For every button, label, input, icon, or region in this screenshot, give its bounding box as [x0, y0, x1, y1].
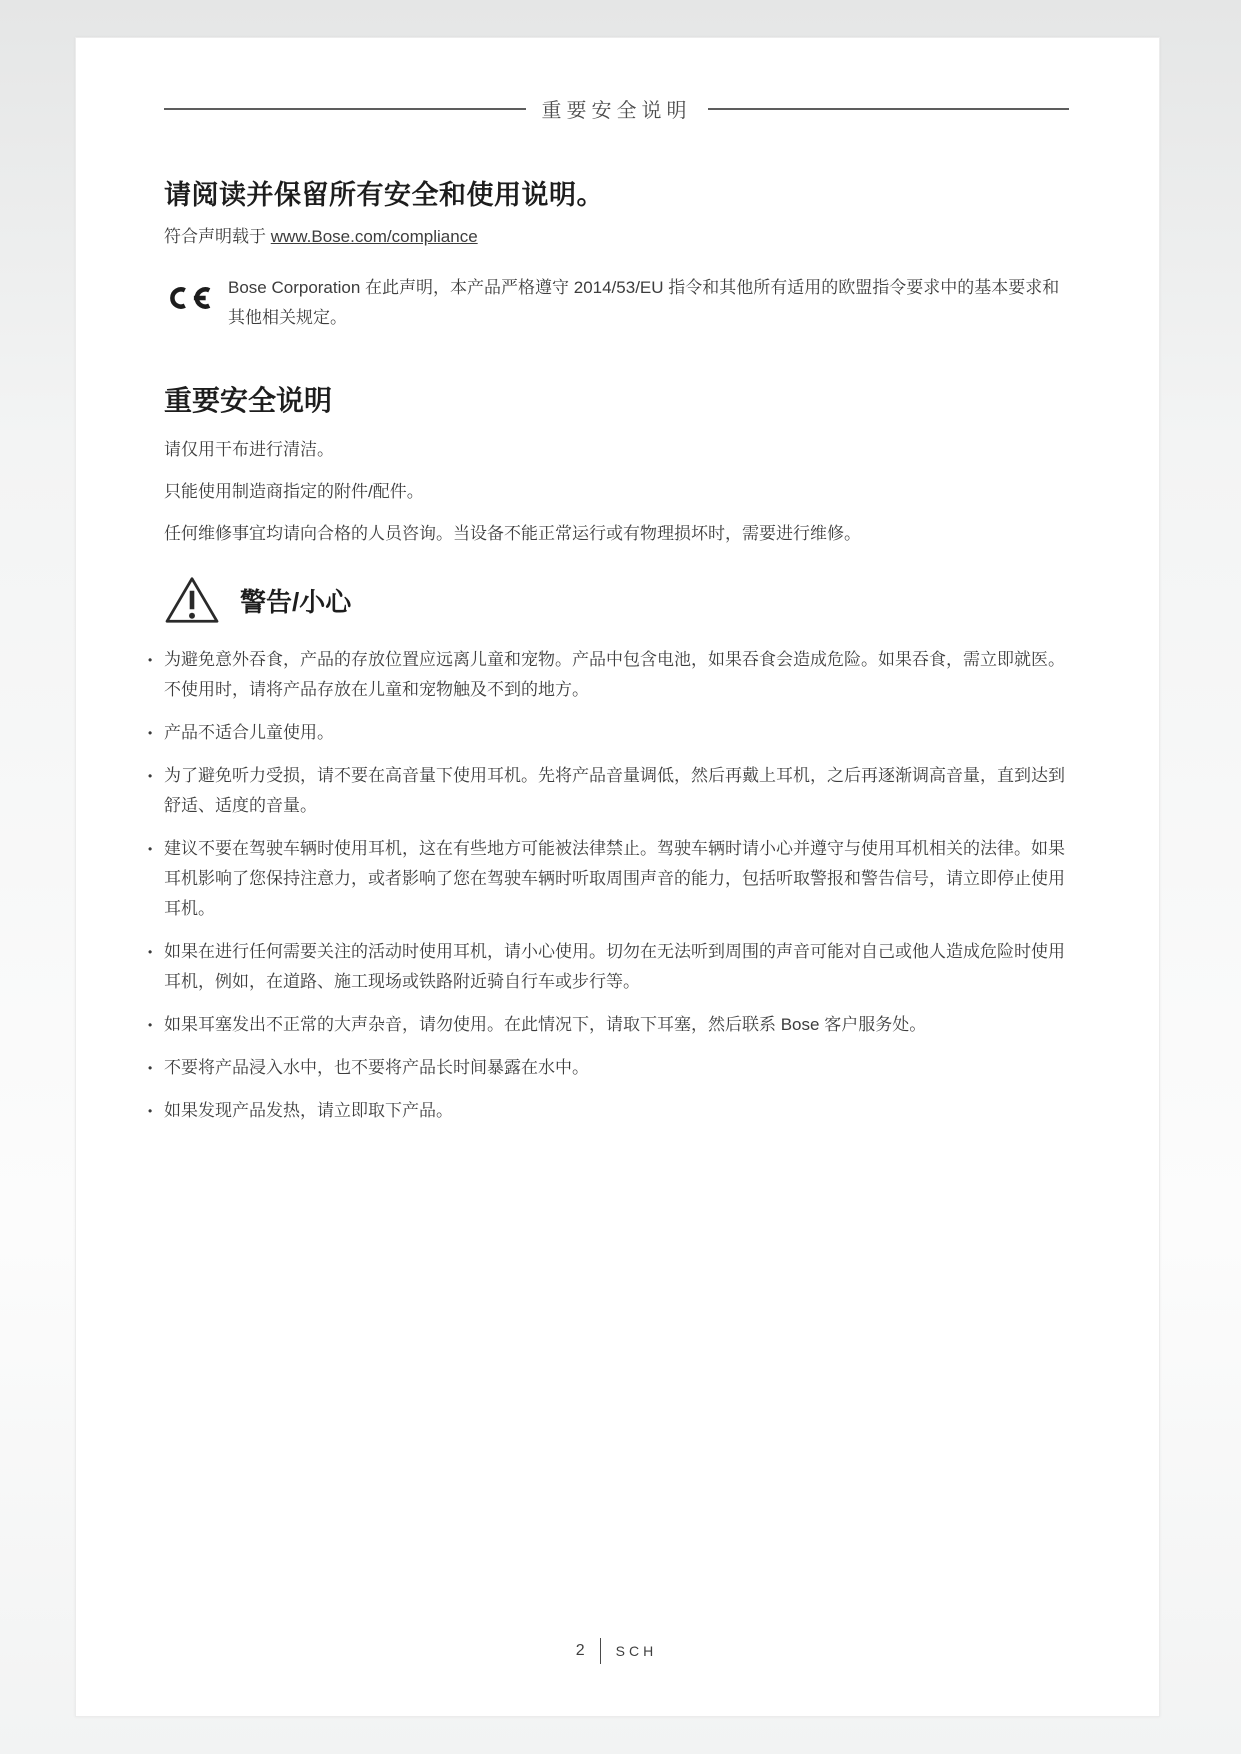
document-page: 重要安全说明 请阅读并保留所有安全和使用说明。 符合声明载于 www.Bose.… — [75, 37, 1160, 1717]
running-header: 重要安全说明 — [164, 94, 1069, 123]
warning-heading: 警告/小心 — [240, 582, 351, 619]
compliance-line: 符合声明载于 www.Bose.com/compliance — [164, 222, 1069, 247]
warning-header: 警告/小心 — [164, 575, 1069, 625]
safety-instruction: 请仅用干布进行清洁。 — [164, 435, 1069, 465]
bullet-dot: • — [146, 645, 164, 705]
warning-list: • 为避免意外吞食，产品的存放位置应远离儿童和宠物。产品中包含电池，如果吞食会造… — [164, 645, 1069, 1139]
warning-item-text: 如果发现产品发热，请立即取下产品。 — [164, 1096, 1069, 1126]
page-title: 请阅读并保留所有安全和使用说明。 — [164, 173, 1069, 212]
warning-item: • 建议不要在驾驶车辆时使用耳机，这在有些地方可能被法律禁止。驾驶车辆时请小心并… — [146, 834, 1069, 924]
bullet-dot: • — [146, 761, 164, 821]
warning-item-text: 产品不适合儿童使用。 — [164, 718, 1069, 748]
footer-divider — [600, 1638, 601, 1664]
header-rule-left — [164, 108, 526, 110]
warning-item-text: 为了避免听力受损，请不要在高音量下使用耳机。先将产品音量调低，然后再戴上耳机，之… — [164, 761, 1069, 821]
warning-item-text: 不要将产品浸入水中，也不要将产品长时间暴露在水中。 — [164, 1053, 1069, 1083]
warning-item: • 如果耳塞发出不正常的大声杂音，请勿使用。在此情况下，请取下耳塞，然后联系 B… — [146, 1010, 1069, 1040]
running-header-title: 重要安全说明 — [542, 94, 692, 123]
warning-item-text: 如果耳塞发出不正常的大声杂音，请勿使用。在此情况下，请取下耳塞，然后联系 Bos… — [164, 1010, 1069, 1040]
safety-instruction: 任何维修事宜均请向合格的人员咨询。当设备不能正常运行或有物理损坏时，需要进行维修… — [164, 519, 1069, 549]
bullet-dot: • — [146, 1010, 164, 1040]
page-footer: 2 SCH — [164, 1638, 1069, 1664]
bullet-dot: • — [146, 1096, 164, 1126]
header-rule-right — [708, 108, 1070, 110]
warning-item-text: 为避免意外吞食，产品的存放位置应远离儿童和宠物。产品中包含电池，如果吞食会造成危… — [164, 645, 1069, 705]
warning-item-text: 建议不要在驾驶车辆时使用耳机，这在有些地方可能被法律禁止。驾驶车辆时请小心并遵守… — [164, 834, 1069, 924]
page-number: 2 — [576, 1642, 585, 1660]
warning-item: • 不要将产品浸入水中，也不要将产品长时间暴露在水中。 — [146, 1053, 1069, 1083]
compliance-link[interactable]: www.Bose.com/compliance — [271, 227, 478, 246]
warning-item-text: 如果在进行任何需要关注的活动时使用耳机，请小心使用。切勿在无法听到周围的声音可能… — [164, 937, 1069, 997]
ce-declaration: Bose Corporation 在此声明，本产品严格遵守 2014/53/EU… — [164, 273, 1069, 333]
warning-item: • 如果在进行任何需要关注的活动时使用耳机，请小心使用。切勿在无法听到周围的声音… — [146, 937, 1069, 997]
warning-item: • 产品不适合儿童使用。 — [146, 718, 1069, 748]
warning-item: • 为了避免听力受损，请不要在高音量下使用耳机。先将产品音量调低，然后再戴上耳机… — [146, 761, 1069, 821]
safety-instruction: 只能使用制造商指定的附件/配件。 — [164, 477, 1069, 507]
ce-statement: Bose Corporation 在此声明，本产品严格遵守 2014/53/EU… — [228, 273, 1069, 333]
ce-mark-icon — [164, 277, 212, 319]
section-heading: 重要安全说明 — [164, 379, 1069, 419]
warning-triangle-icon — [164, 575, 220, 625]
language-code: SCH — [616, 1643, 658, 1659]
bullet-dot: • — [146, 834, 164, 924]
warning-item: • 为避免意外吞食，产品的存放位置应远离儿童和宠物。产品中包含电池，如果吞食会造… — [146, 645, 1069, 705]
bullet-dot: • — [146, 1053, 164, 1083]
warning-item: • 如果发现产品发热，请立即取下产品。 — [146, 1096, 1069, 1126]
bullet-dot: • — [146, 937, 164, 997]
compliance-prefix: 符合声明载于 — [164, 227, 271, 246]
bullet-dot: • — [146, 718, 164, 748]
